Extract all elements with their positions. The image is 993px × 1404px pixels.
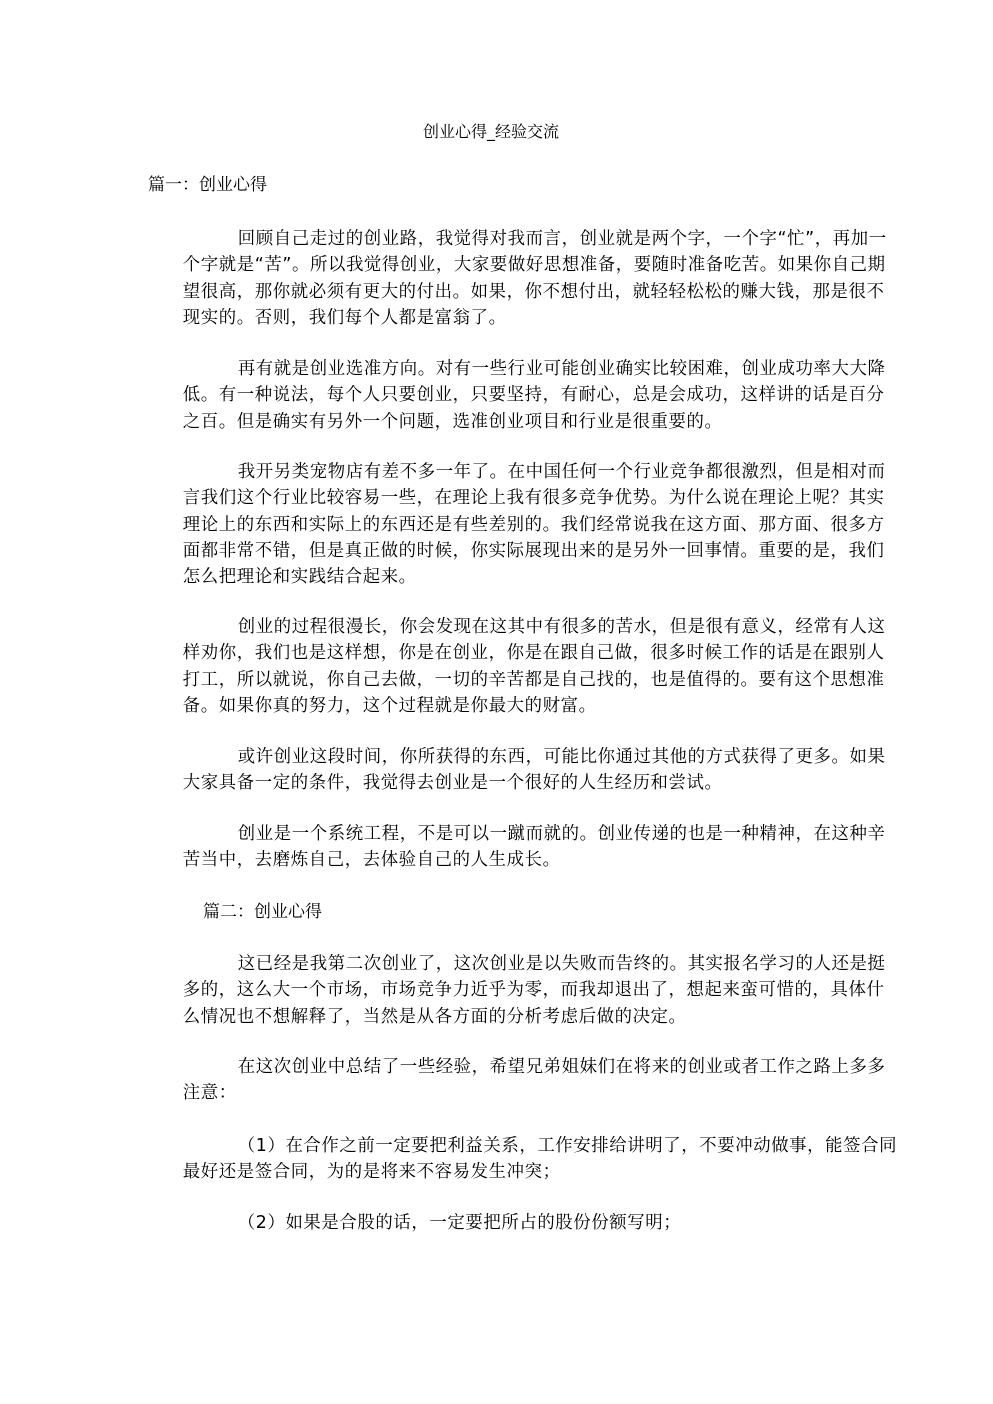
- text-line: 现实的。否则，我们每个人都是富翁了。: [148, 305, 834, 331]
- text-line: （2）如果是合股的话，一定要把所占的股份份额写明；: [148, 1210, 834, 1236]
- text-line: 注意：: [148, 1080, 834, 1106]
- section-heading-2: 篇二：创业心得: [203, 899, 322, 925]
- text-line: 或许创业这段时间，你所获得的东西，可能比你通过其他的方式获得了更多。如果: [148, 744, 834, 770]
- text-line: （1）在合作之前一定要把利益关系，工作安排给讲明了，不要冲动做事，能签合同: [148, 1133, 834, 1159]
- text-line: 低。有一种说法，每个人只要创业，只要坚持，有耐心，总是会成功，这样讲的话是百分: [148, 382, 834, 408]
- paragraph: 创业的过程很漫长，你会发现在这其中有很多的苦水，但是很有意义，经常有人这 样劝你…: [148, 614, 834, 719]
- text-line: 怎么把理论和实践结合起来。: [148, 564, 834, 590]
- paragraph: 创业是一个系统工程，不是可以一蹴而就的。创业传递的也是一种精神，在这种辛 苦当中…: [148, 821, 834, 874]
- text-line: 面都非常不错，但是真正做的时候，你实际展现出来的是另外一回事情。重要的是，我们: [148, 538, 834, 564]
- text-line: 回顾自己走过的创业路，我觉得对我而言，创业就是两个字，一个字“忙”，再加一: [148, 226, 834, 252]
- paragraph: 回顾自己走过的创业路，我觉得对我而言，创业就是两个字，一个字“忙”，再加一 个字…: [148, 226, 834, 331]
- text-line: 望很高，那你就必须有更大的付出。如果，你不想付出，就轻轻松松的赚大钱，那是很不: [148, 279, 834, 305]
- text-line: 理论上的东西和实际上的东西还是有些差别的。我们经常说我在这方面、那方面、很多方: [148, 512, 834, 538]
- list-item: （1）在合作之前一定要把利益关系，工作安排给讲明了，不要冲动做事，能签合同 最好…: [148, 1133, 834, 1186]
- text-line: 样劝你，我们也是这样想，你是在创业，你是在跟自己做，很多时候工作的话是在跟别人: [148, 640, 834, 666]
- text-line: 多的，这么大一个市场，市场竞争力近乎为零，而我却退出了，想起来蛮可惜的，具体什: [148, 977, 834, 1003]
- section-heading-1: 篇一：创业心得: [148, 172, 267, 198]
- text-line: 之百。但是确实有另外一个问题，选准创业项目和行业是很重要的。: [148, 409, 834, 435]
- paragraph: 这已经是我第二次创业了，这次创业是以失败而告终的。其实报名学习的人还是挺 多的，…: [148, 951, 834, 1030]
- text-line: 言我们这个行业比较容易一些，在理论上我有很多竞争优势。为什么说在理论上呢？其实: [148, 485, 834, 511]
- text-line: 个字就是“苦”。所以我觉得创业，大家要做好思想准备，要随时准备吃苦。如果你自己期: [148, 252, 834, 278]
- paragraph: 在这次创业中总结了一些经验，希望兄弟姐妹们在将来的创业或者工作之路上多多 注意：: [148, 1054, 834, 1107]
- text-line: 在这次创业中总结了一些经验，希望兄弟姐妹们在将来的创业或者工作之路上多多: [148, 1054, 834, 1080]
- text-line: 备。如果你真的努力，这个过程就是你最大的财富。: [148, 693, 834, 719]
- text-line: 最好还是签合同，为的是将来不容易发生冲突；: [148, 1159, 834, 1185]
- text-line: 大家具备一定的条件，我觉得去创业是一个很好的人生经历和尝试。: [148, 770, 834, 796]
- list-item: （2）如果是合股的话，一定要把所占的股份份额写明；: [148, 1210, 834, 1236]
- text-line: 创业的过程很漫长，你会发现在这其中有很多的苦水，但是很有意义，经常有人这: [148, 614, 834, 640]
- text-line: 再有就是创业选准方向。对有一些行业可能创业确实比较困难，创业成功率大大降: [148, 356, 834, 382]
- paragraph: 我开另类宠物店有差不多一年了。在中国任何一个行业竞争都很激烈，但是相对而 言我们…: [148, 459, 834, 590]
- text-line: 么情况也不想解释了，当然是从各方面的分析考虑后做的决定。: [148, 1004, 834, 1030]
- text-line: 这已经是我第二次创业了，这次创业是以失败而告终的。其实报名学习的人还是挺: [148, 951, 834, 977]
- paragraph: 或许创业这段时间，你所获得的东西，可能比你通过其他的方式获得了更多。如果 大家具…: [148, 744, 834, 797]
- paragraph: 再有就是创业选准方向。对有一些行业可能创业确实比较困难，创业成功率大大降 低。有…: [148, 356, 834, 435]
- text-line: 苦当中，去磨炼自己，去体验自己的人生成长。: [148, 847, 834, 873]
- text-line: 我开另类宠物店有差不多一年了。在中国任何一个行业竞争都很激烈，但是相对而: [148, 459, 834, 485]
- text-line: 创业是一个系统工程，不是可以一蹴而就的。创业传递的也是一种精神，在这种辛: [148, 821, 834, 847]
- text-line: 打工，所以就说，你自己去做，一切的辛苦都是自己找的，也是值得的。要有这个思想准: [148, 667, 834, 693]
- document-title: 创业心得_经验交流: [148, 122, 834, 142]
